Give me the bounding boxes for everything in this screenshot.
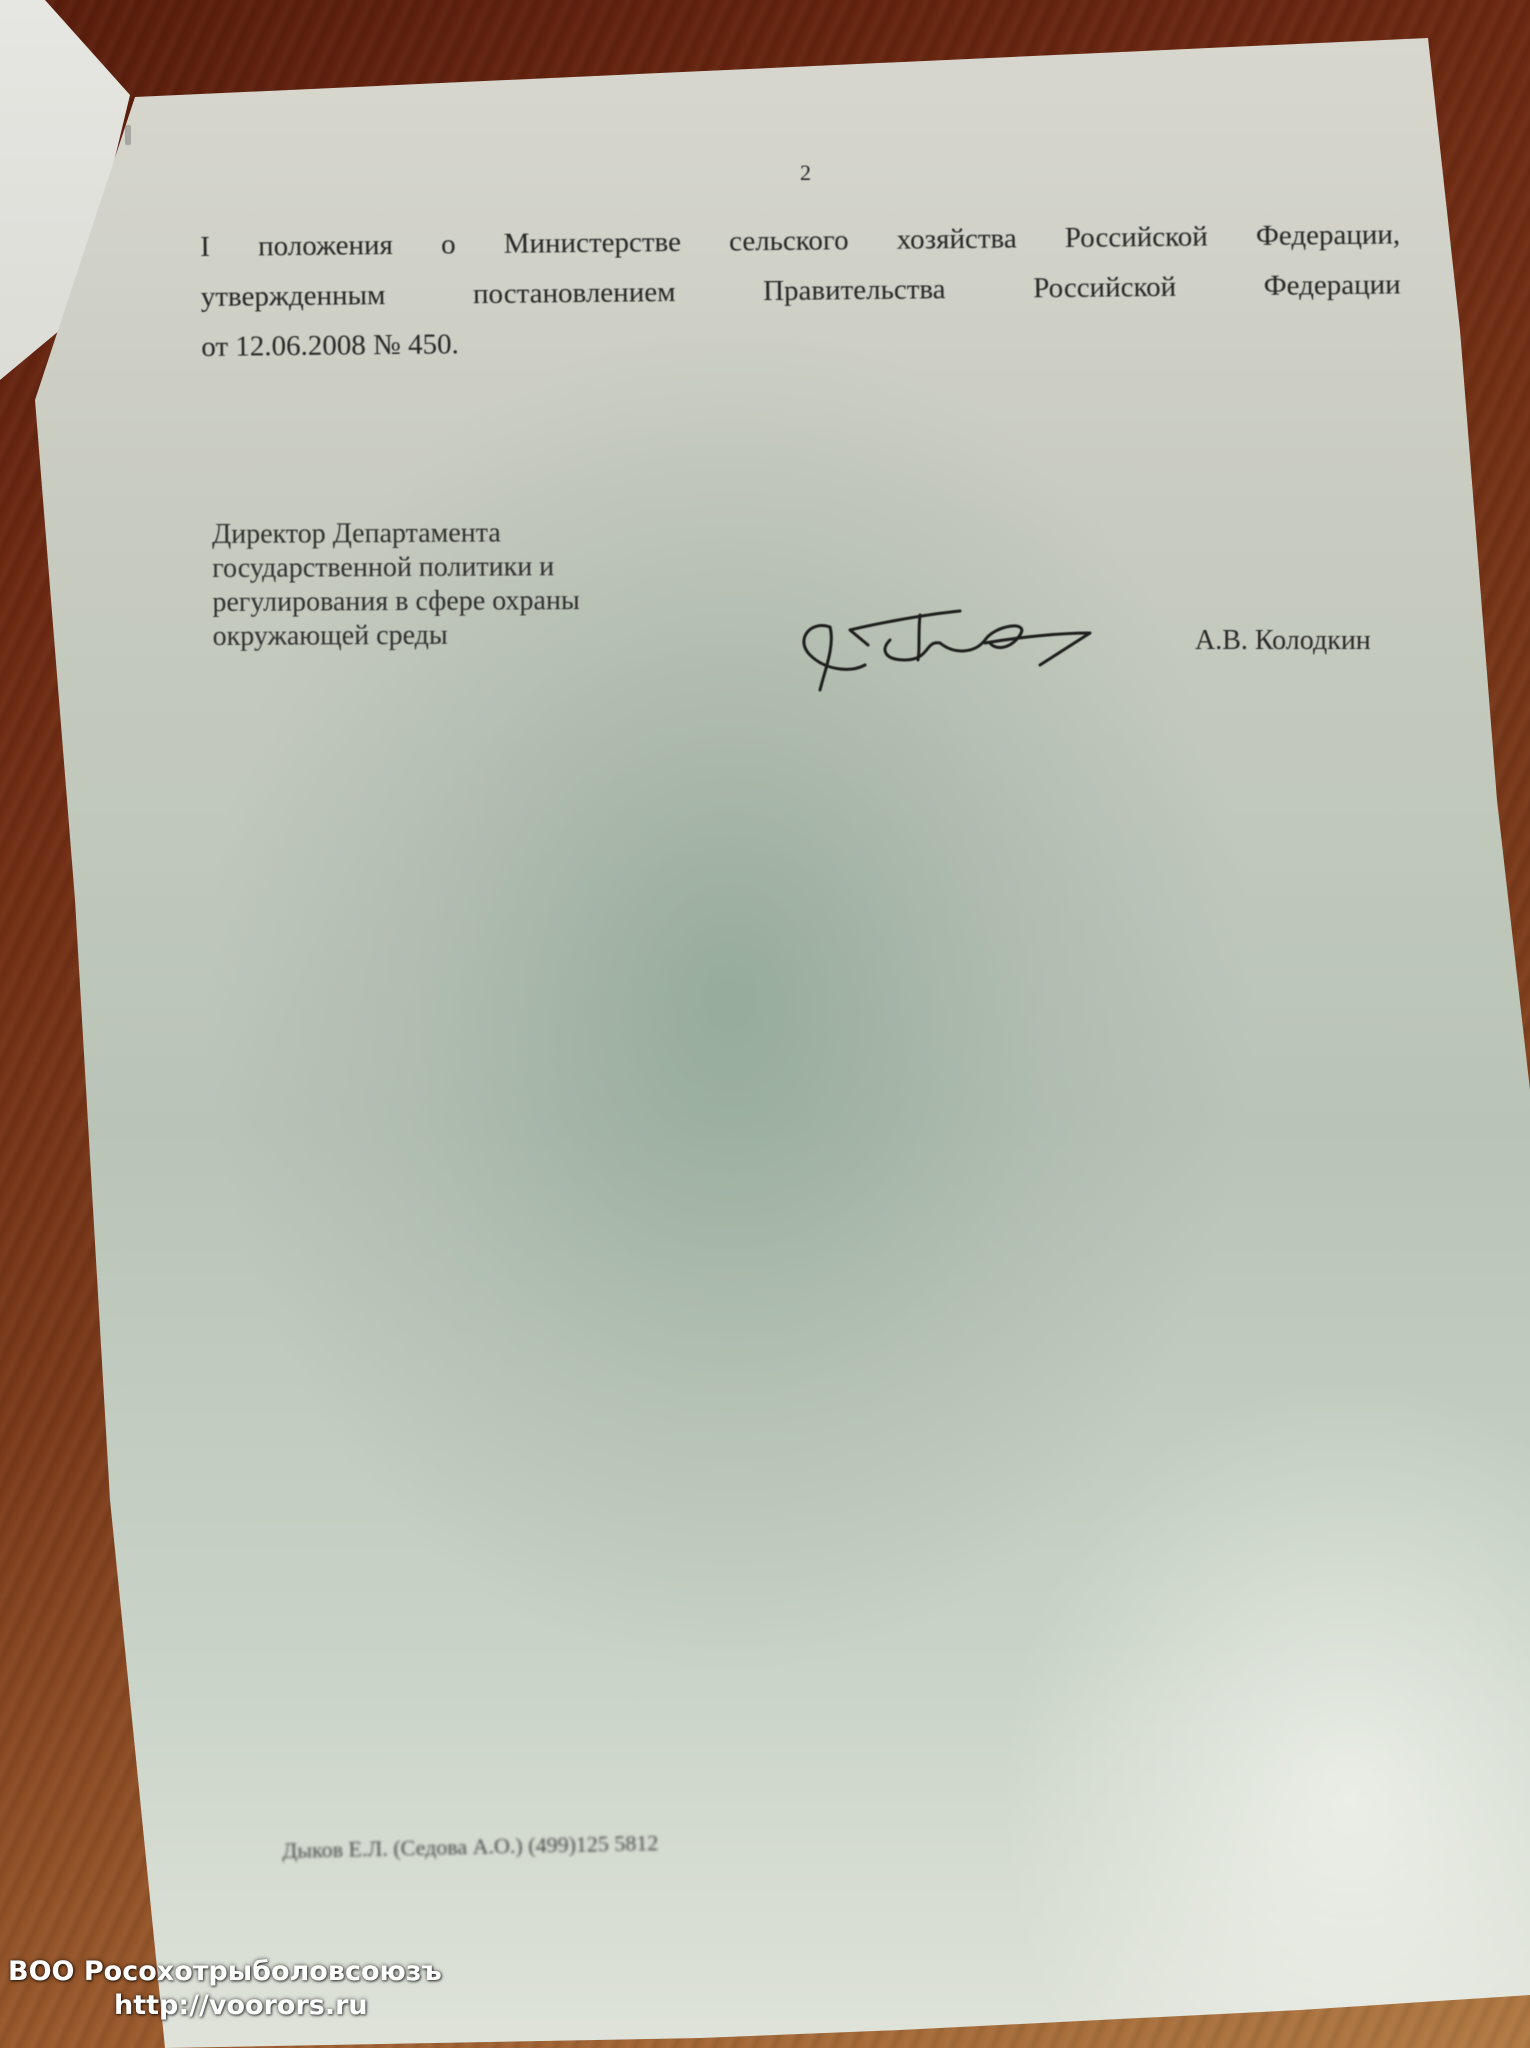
watermark: ВОО Росохотрыболовсоюзъ http://voorors.r…	[8, 1955, 442, 2023]
paragraph-word: положения	[258, 220, 393, 271]
paragraph-word: утвержденным	[201, 270, 386, 322]
signatory-title-line: Директор Департамента	[212, 516, 579, 552]
paragraph-word: Министерстве	[503, 217, 681, 269]
paragraph-word: Федерации,	[1256, 209, 1401, 261]
signatory-title-line: окружающей среды	[213, 618, 580, 654]
document-paragraph: IположенияоМинистерствесельскогохозяйств…	[200, 209, 1402, 372]
handwritten-signature	[790, 595, 1100, 695]
paragraph-word: Федерации	[1263, 259, 1400, 310]
paragraph-word: хозяйства	[896, 213, 1016, 264]
page-number: 2	[800, 160, 811, 186]
watermark-url: http://voorors.ru	[8, 1989, 442, 2023]
paragraph-word: I	[200, 222, 210, 272]
paragraph-word: постановлением	[473, 267, 676, 319]
paragraph-word: сельского	[729, 215, 849, 266]
paragraph-word: Российской	[1065, 211, 1208, 262]
paragraph-word: о	[441, 219, 456, 269]
signer-name: А.В. Колодкин	[1195, 625, 1371, 657]
signatory-title: Директор Департамента государственной по…	[212, 516, 580, 654]
paragraph-word: Российской	[1033, 262, 1176, 313]
signatory-title-line: государственной политики и	[212, 550, 579, 586]
staple-mark	[125, 125, 131, 145]
paragraph-word: Правительства	[763, 264, 946, 316]
signatory-title-line: регулирования в сфере охраны	[212, 584, 579, 620]
watermark-organization: ВОО Росохотрыболовсоюзъ	[8, 1955, 442, 1989]
